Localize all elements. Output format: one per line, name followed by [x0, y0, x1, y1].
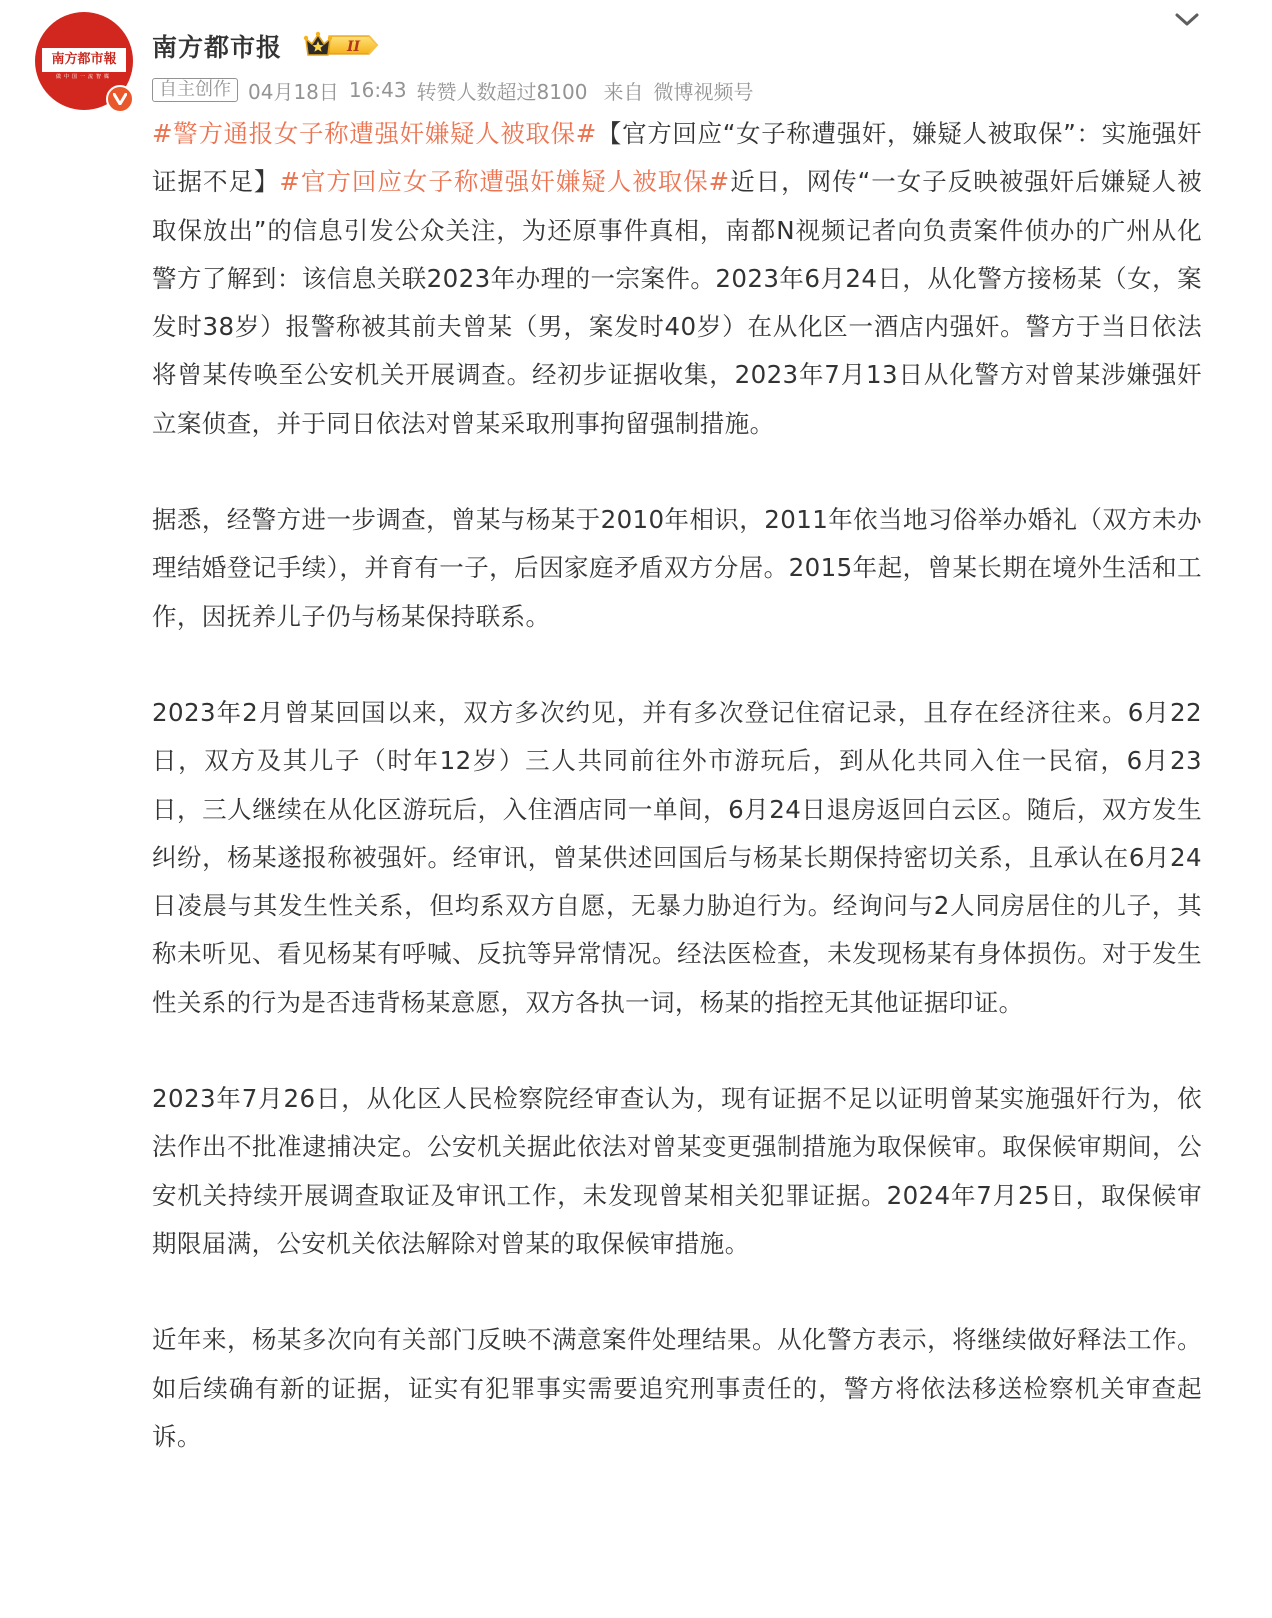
paragraph-spacer — [152, 1027, 1202, 1075]
paragraph-spacer — [152, 641, 1202, 689]
paragraph-text: 近日，网传“一女子反映被强奸后嫌疑人被取保放出”的信息引发公众关注，为还原事件真… — [152, 167, 1202, 437]
post-meta: 自主创作 04月18日 16:43 转赞人数超过8100 来自 微博视频号 — [152, 76, 753, 104]
hashtag-link[interactable]: #官方回应女子称遭强奸嫌疑人被取保# — [279, 167, 729, 196]
avatar-slogan: 做中国一流智媒 — [45, 74, 123, 80]
paragraph-4: 2023年7月26日，从化区人民检察院经审查认为，现有证据不足以证明曾某实施强奸… — [152, 1075, 1202, 1268]
author-name[interactable]: 南方都市报 — [152, 31, 282, 65]
source-prefix: 来自 — [603, 76, 643, 105]
hashtag-link[interactable]: #警方通报女子称遭强奸嫌疑人被取保# — [152, 119, 597, 148]
paragraph-3: 2023年2月曾某回国以来，双方多次约见，并有多次登记住宿记录，且存在经济往来。… — [152, 689, 1202, 1027]
verified-v-icon — [106, 85, 134, 113]
post-body: #警方通报女子称遭强奸嫌疑人被取保#【官方回应“女子称遭强奸，嫌疑人被取保”：实… — [152, 110, 1202, 1461]
post-time[interactable]: 16:43 — [349, 78, 407, 102]
chevron-down-icon[interactable] — [1172, 10, 1202, 30]
svg-text:II: II — [346, 39, 361, 55]
crown-level-badge-icon[interactable]: II — [303, 30, 381, 64]
avatar-logo-text: 南方都市報 — [42, 48, 126, 72]
post-date[interactable]: 04月18日 — [248, 76, 339, 105]
paragraph-1: #警方通报女子称遭强奸嫌疑人被取保#【官方回应“女子称遭强奸，嫌疑人被取保”：实… — [152, 110, 1202, 448]
paragraph-spacer — [152, 1268, 1202, 1316]
paragraph-5: 近年来，杨某多次向有关部门反映不满意案件处理结果。从化警方表示，将继续做好释法工… — [152, 1316, 1202, 1461]
paragraph-spacer — [152, 448, 1202, 496]
post-source[interactable]: 微博视频号 — [653, 76, 753, 105]
paragraph-2: 据悉，经警方进一步调查，曾某与杨某于2010年相识，2011年依当地习俗举办婚礼… — [152, 496, 1202, 641]
original-content-tag[interactable]: 自主创作 — [152, 78, 238, 102]
engagement-count: 转赞人数超过8100 — [417, 76, 588, 105]
